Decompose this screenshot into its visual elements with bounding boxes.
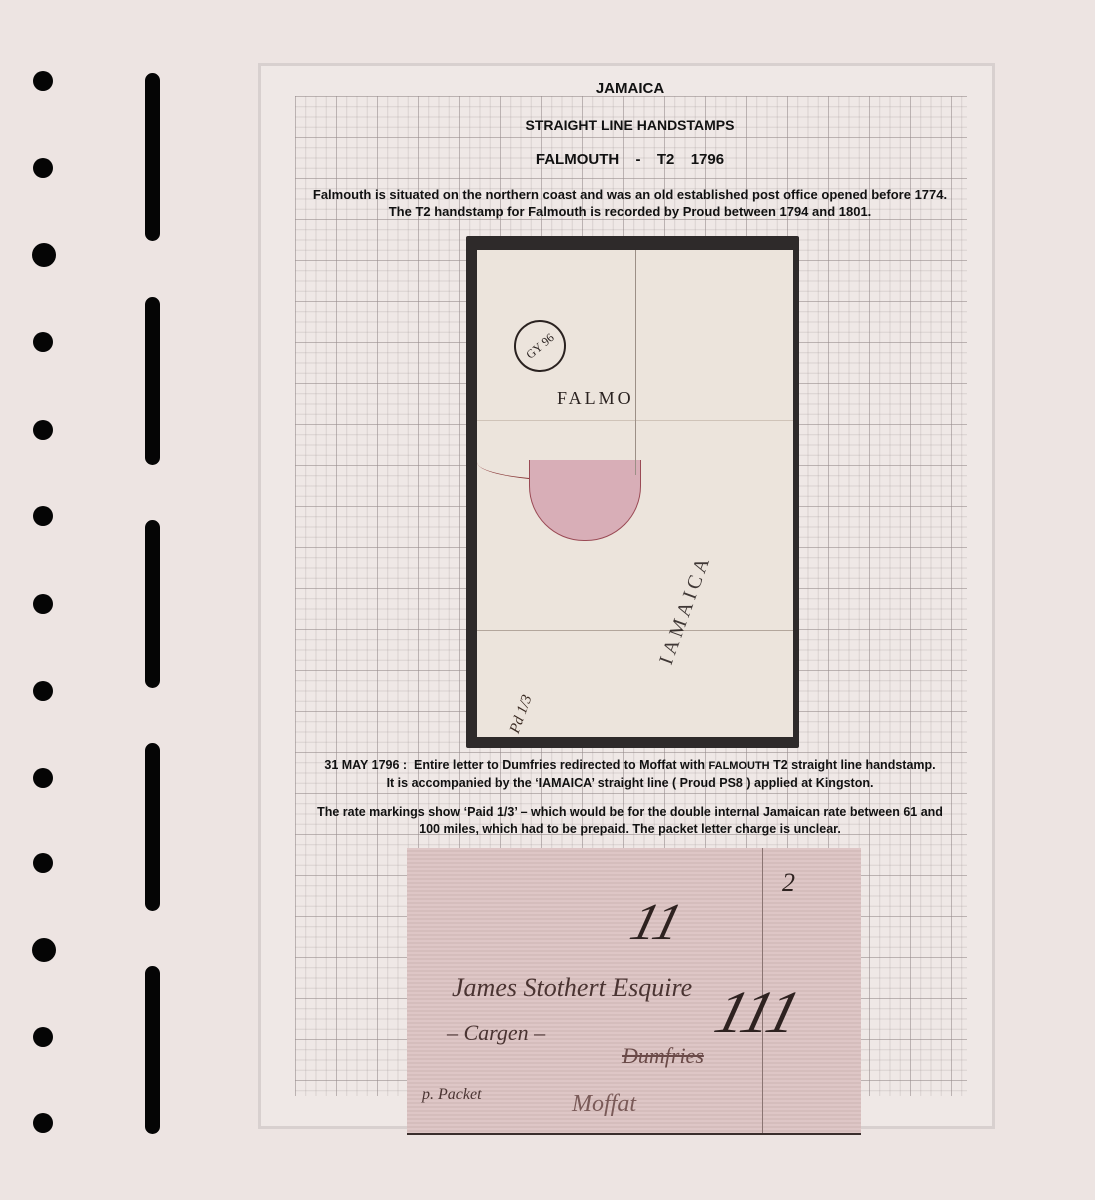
fold-line <box>477 630 793 631</box>
binder-hole <box>32 243 56 267</box>
caption-line-2: It is accompanied by the ‘IAMAICA’ strai… <box>280 775 980 792</box>
rate-note-line-2: 100 miles, which had to be prepaid. The … <box>280 821 980 838</box>
page-title: JAMAICA <box>280 80 980 97</box>
binder-slot <box>145 297 160 465</box>
binder-hole <box>33 506 53 526</box>
rate-mark-1: 11 <box>624 893 688 952</box>
margin-watermark <box>108 500 138 720</box>
section-heading: FALMOUTH - T2 1796 <box>280 151 980 168</box>
intro-line-1: Falmouth is situated on the northern coa… <box>280 186 980 203</box>
binder-slot <box>145 73 160 241</box>
binder-slot <box>145 743 160 911</box>
caption-highlight: FALMOUTH <box>709 760 770 772</box>
binder-hole <box>33 1113 53 1133</box>
binder-slot <box>145 966 160 1134</box>
falmouth-handstamp: FALMO <box>557 388 634 409</box>
caption-line-1: 31 MAY 1796 : Entire letter to Dumfries … <box>280 757 980 775</box>
address-line-2: – Cargen – <box>447 1020 545 1046</box>
flap-edge <box>635 250 636 475</box>
binder-hole <box>33 158 53 178</box>
page-subtitle: STRAIGHT LINE HANDSTAMPS <box>280 117 980 133</box>
rate-mark-3: 2 <box>782 868 795 898</box>
rate-note: The rate markings show ‘Paid 1/3’ – whic… <box>280 804 980 838</box>
binder-hole <box>32 938 56 962</box>
intro-line-2: The T2 handstamp for Falmouth is recorde… <box>280 203 980 220</box>
address-line-1: James Stothert Esquire <box>452 973 692 1003</box>
binder-hole <box>33 594 53 614</box>
cover-caption: 31 MAY 1796 : Entire letter to Dumfries … <box>280 757 980 792</box>
cover-address-panel-image: 2 11 111 James Stothert Esquire – Cargen… <box>407 848 861 1135</box>
iamaica-straight-line-stamp: IAMAICA <box>655 551 716 668</box>
binder-hole <box>33 853 53 873</box>
binder-hole <box>33 71 53 91</box>
wax-seal-remnant <box>529 460 641 541</box>
bishop-mark-postmark: GY 96 <box>503 309 576 382</box>
manuscript-rate: Pd 1/3 <box>507 693 537 736</box>
packet-note: p. Packet <box>422 1086 482 1104</box>
original-destination: Dumfries <box>622 1043 704 1069</box>
binder-hole <box>33 1027 53 1047</box>
rate-note-line-1: The rate markings show ‘Paid 1/3’ – whic… <box>280 804 980 821</box>
binder-hole <box>33 420 53 440</box>
caption-date: 31 MAY 1796 : <box>324 758 407 772</box>
binder-hole <box>33 332 53 352</box>
intro-paragraph: Falmouth is situated on the northern coa… <box>280 186 980 220</box>
binder-hole <box>33 768 53 788</box>
cover-front-image: GY 96 FALMO IAMAICA Pd 1/3 <box>477 250 793 737</box>
binder-hole <box>33 681 53 701</box>
rate-mark-2: 111 <box>708 978 808 1047</box>
redirected-destination: Moffat <box>572 1091 636 1118</box>
binder-slot <box>145 520 160 688</box>
